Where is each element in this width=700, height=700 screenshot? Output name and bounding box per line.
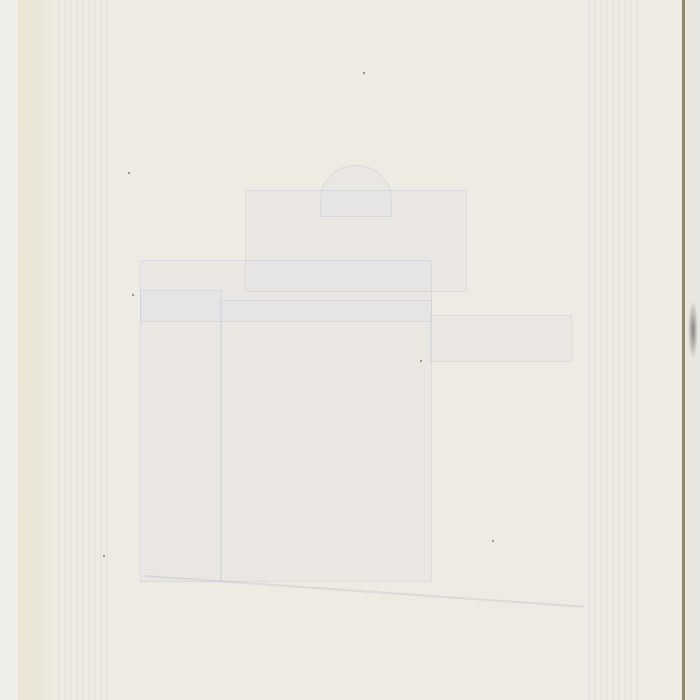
paper-speck [103, 555, 105, 557]
page-edge-shading [18, 0, 58, 700]
ghost-left-wing [140, 290, 222, 582]
paper-speck [492, 540, 494, 542]
adjacent-page-ink [688, 300, 698, 360]
ghost-main-body [220, 300, 432, 582]
paper-speck [128, 172, 130, 174]
paper-speck [420, 360, 422, 362]
paper-speck [132, 294, 134, 296]
bleed-through-border-right [588, 0, 638, 700]
paper-speck [363, 72, 365, 74]
left-page-edge [0, 0, 18, 700]
bleed-through-border-left [58, 0, 108, 700]
ghost-right-ledge [430, 315, 572, 362]
